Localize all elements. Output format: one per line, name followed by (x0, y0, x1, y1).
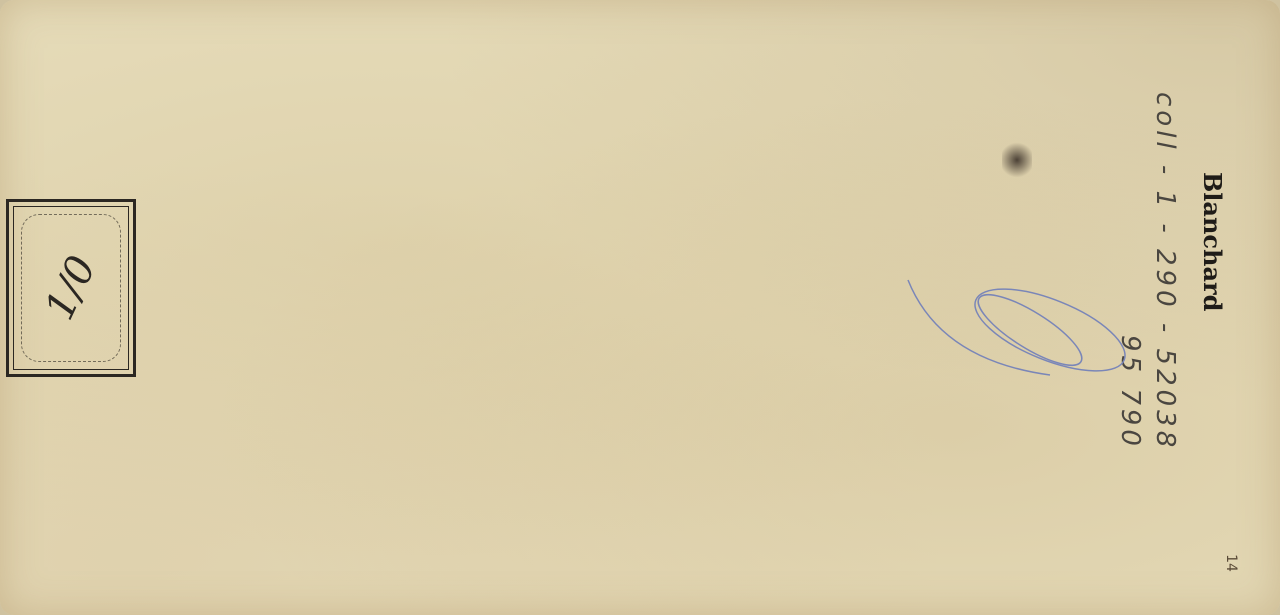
blue-pencil-ovals (900, 270, 1140, 400)
card-back: 1/0 Blanchard coll - 1 - 290 - 52038 95 … (0, 0, 1280, 615)
ornamental-stamp: 1/0 (6, 199, 136, 377)
pencil-note-1: coll - 1 - 290 - 52038 (1150, 92, 1180, 451)
corner-note: 14 (1223, 554, 1239, 572)
ink-blot (1002, 140, 1032, 180)
photographer-name: Blanchard (1198, 172, 1227, 311)
